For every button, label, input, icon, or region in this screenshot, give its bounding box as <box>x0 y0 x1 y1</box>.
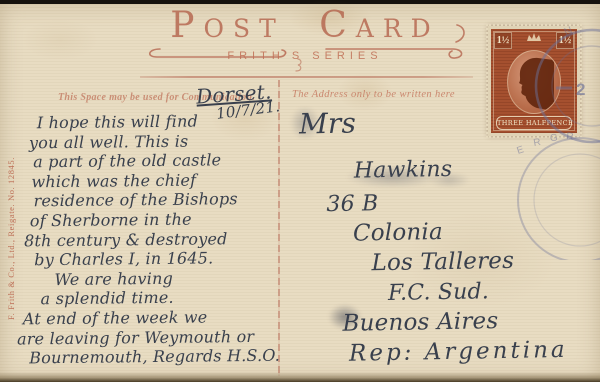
address-line: Colonia <box>353 214 595 249</box>
address-line: Mrs <box>299 101 594 143</box>
address-line: F.C. Sud. <box>388 275 596 308</box>
handwritten-line: We are having <box>54 267 302 289</box>
handwritten-message: I hope this will find you all well. This… <box>9 110 304 368</box>
address-line: Buenos Aires <box>342 304 596 339</box>
address-panel-heading: The Address only to be written here <box>292 89 482 100</box>
stamp-denomination: 1½ <box>494 32 512 49</box>
crown-icon <box>526 32 542 42</box>
handwritten-address: Mrs Hawkins 36 B Colonia Los Talleres F.… <box>293 101 598 370</box>
address-line: Rep: Argentina <box>349 334 597 369</box>
horizontal-divider <box>140 76 473 78</box>
handwritten-line: I hope this will find <box>37 110 301 132</box>
ink-smudge <box>428 172 470 188</box>
address-line: Los Talleres <box>371 245 595 279</box>
ink-smudge <box>328 304 362 330</box>
postcard-scan: Post Card FRITH'S SERIES F. Frith & Co.,… <box>0 0 600 382</box>
stamp-denomination: 1½ <box>556 32 574 49</box>
address-line: 36 B <box>326 185 594 219</box>
ink-smudge <box>345 166 440 188</box>
handwritten-line: Bournemouth, Regards H.S.O. <box>29 346 303 368</box>
handwritten-line: a splendid time. <box>41 287 303 309</box>
card-bottom-edge <box>0 372 600 382</box>
ink-smudge <box>290 106 320 140</box>
series-label: FRITH'S SERIES <box>140 50 470 62</box>
